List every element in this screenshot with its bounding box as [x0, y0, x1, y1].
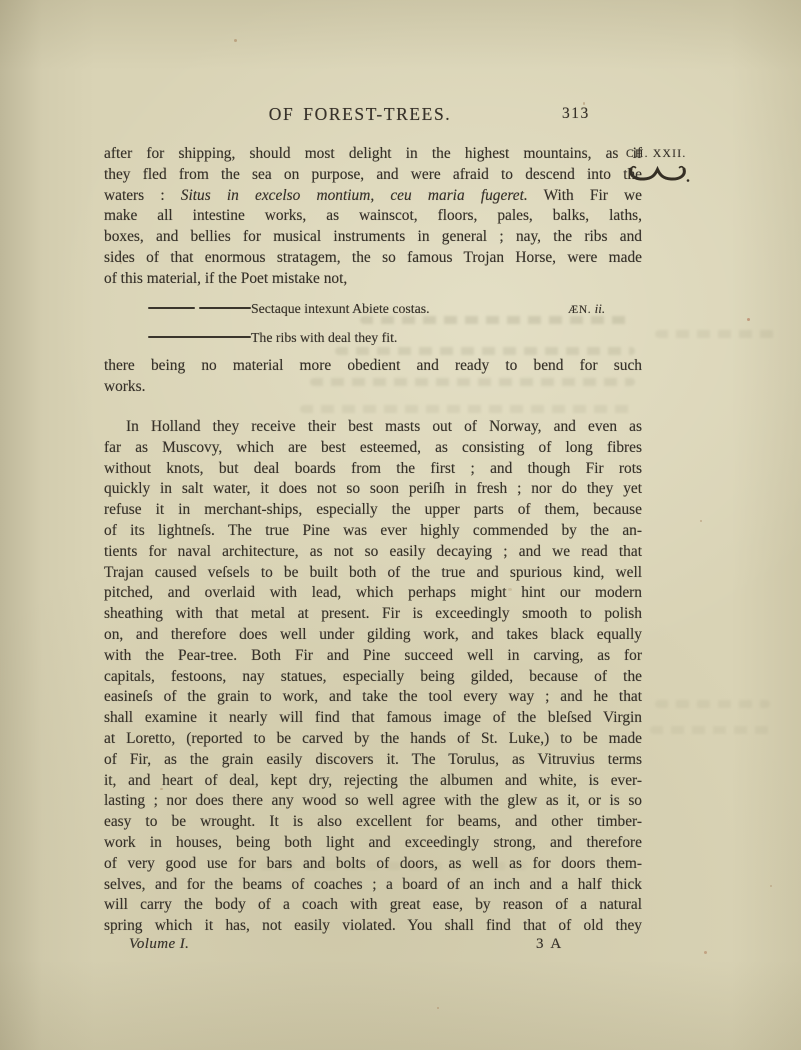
paragraph-coda: there being no material more obedient an…	[104, 356, 642, 398]
body-line: lasting ; nor does there any wood so wel…	[104, 791, 642, 812]
page-number: 313	[562, 105, 590, 123]
body-line: far as Muscovy, which are best esteemed,…	[104, 438, 642, 459]
body-line: selves, and for the beams of coaches ; a…	[104, 875, 642, 896]
body-line: shall examine it nearly will find that f…	[104, 708, 642, 729]
quote-dash-rule	[148, 307, 195, 309]
quote-source-work: ÆN.	[568, 304, 591, 316]
translation-text: The ribs with deal they fit.	[251, 330, 397, 345]
body-paragraph-1: after for shipping, should most delight …	[104, 144, 642, 290]
quote-source-citation: ÆN. ii.	[568, 301, 605, 317]
body-line: pitched, and overlaid with lead, which p…	[104, 583, 642, 604]
body-line: waters : Situs in excelso montium, ceu m…	[104, 186, 642, 207]
body-line: of this material, if the Poet mistake no…	[104, 269, 642, 290]
body-line: Trajan caused veſsels to be built both o…	[104, 563, 642, 584]
volume-catchword: Volume I.	[129, 936, 189, 953]
body-line: spring which it has, not easily violated…	[104, 916, 642, 937]
body-line: they fled from the sea on purpose, and w…	[104, 165, 642, 186]
quote-translation-line: The ribs with deal they fit.	[104, 330, 642, 346]
body-line: sides of that enormous stratagem, the so…	[104, 248, 642, 269]
body-line: capitals, festoons, nay statues, especia…	[104, 667, 642, 688]
body-line: of its lightneſs. The true Pine was ever…	[104, 521, 642, 542]
quote-dash-rule	[148, 336, 251, 338]
body-line: there being no material more obedient an…	[104, 356, 642, 377]
body-text: With Fir we	[528, 187, 642, 204]
body-line: In Holland they receive their best masts…	[104, 417, 642, 438]
body-line: tients for naval architecture, as not so…	[104, 542, 642, 563]
quote-dash-rule	[199, 307, 251, 309]
latin-phrase: Situs in excelso montium, ceu maria fuge…	[181, 187, 528, 204]
body-line: make all intestine works, as wainscot, f…	[104, 206, 642, 227]
quote-source-book: ii.	[595, 301, 605, 316]
book-page-scan: CH. XXII. OF FOREST-TREES. 313 after for…	[0, 0, 801, 1050]
body-line: it, and heart of deal, kept dry, rejecti…	[104, 771, 642, 792]
body-line: boxes, and bellies for musical instrumen…	[104, 227, 642, 248]
body-line: work in houses, being both light and exc…	[104, 833, 642, 854]
signature-mark: 3 A	[536, 936, 563, 953]
body-line: quickly in salt water, it does not so so…	[104, 479, 642, 500]
body-line: without knots, but deal boards from the …	[104, 459, 642, 480]
body-line: easineſs of the grain to work, and take …	[104, 687, 642, 708]
latin-quote-text: Sectaque intexunt Abiete costas.	[251, 301, 430, 316]
body-line: of Fir, as the grain easily discovers it…	[104, 750, 642, 771]
body-line: refuse it in merchant-ships, especially …	[104, 500, 642, 521]
running-head: OF FOREST-TREES. 313	[104, 104, 642, 125]
body-line: with the Pear-tree. Both Fir and Pine su…	[104, 646, 642, 667]
body-line: on, and therefore does well under gildin…	[104, 625, 642, 646]
body-line: of very good use for bars and bolts of d…	[104, 854, 642, 875]
body-line: will carry the body of a coach with grea…	[104, 895, 642, 916]
body-line: after for shipping, should most delight …	[104, 144, 642, 165]
latin-quote-line: Sectaque intexunt Abiete costas. ÆN. ii.	[104, 301, 642, 317]
body-line: works.	[104, 377, 642, 398]
body-text: waters :	[104, 187, 181, 204]
body-line: at Loretto, (reported to be carved by th…	[104, 729, 642, 750]
body-line: easy to be wrought. It is also excellent…	[104, 812, 642, 833]
body-line: sheathing with that metal at present. Fi…	[104, 604, 642, 625]
body-paragraph-2: In Holland they receive their best masts…	[104, 417, 642, 937]
